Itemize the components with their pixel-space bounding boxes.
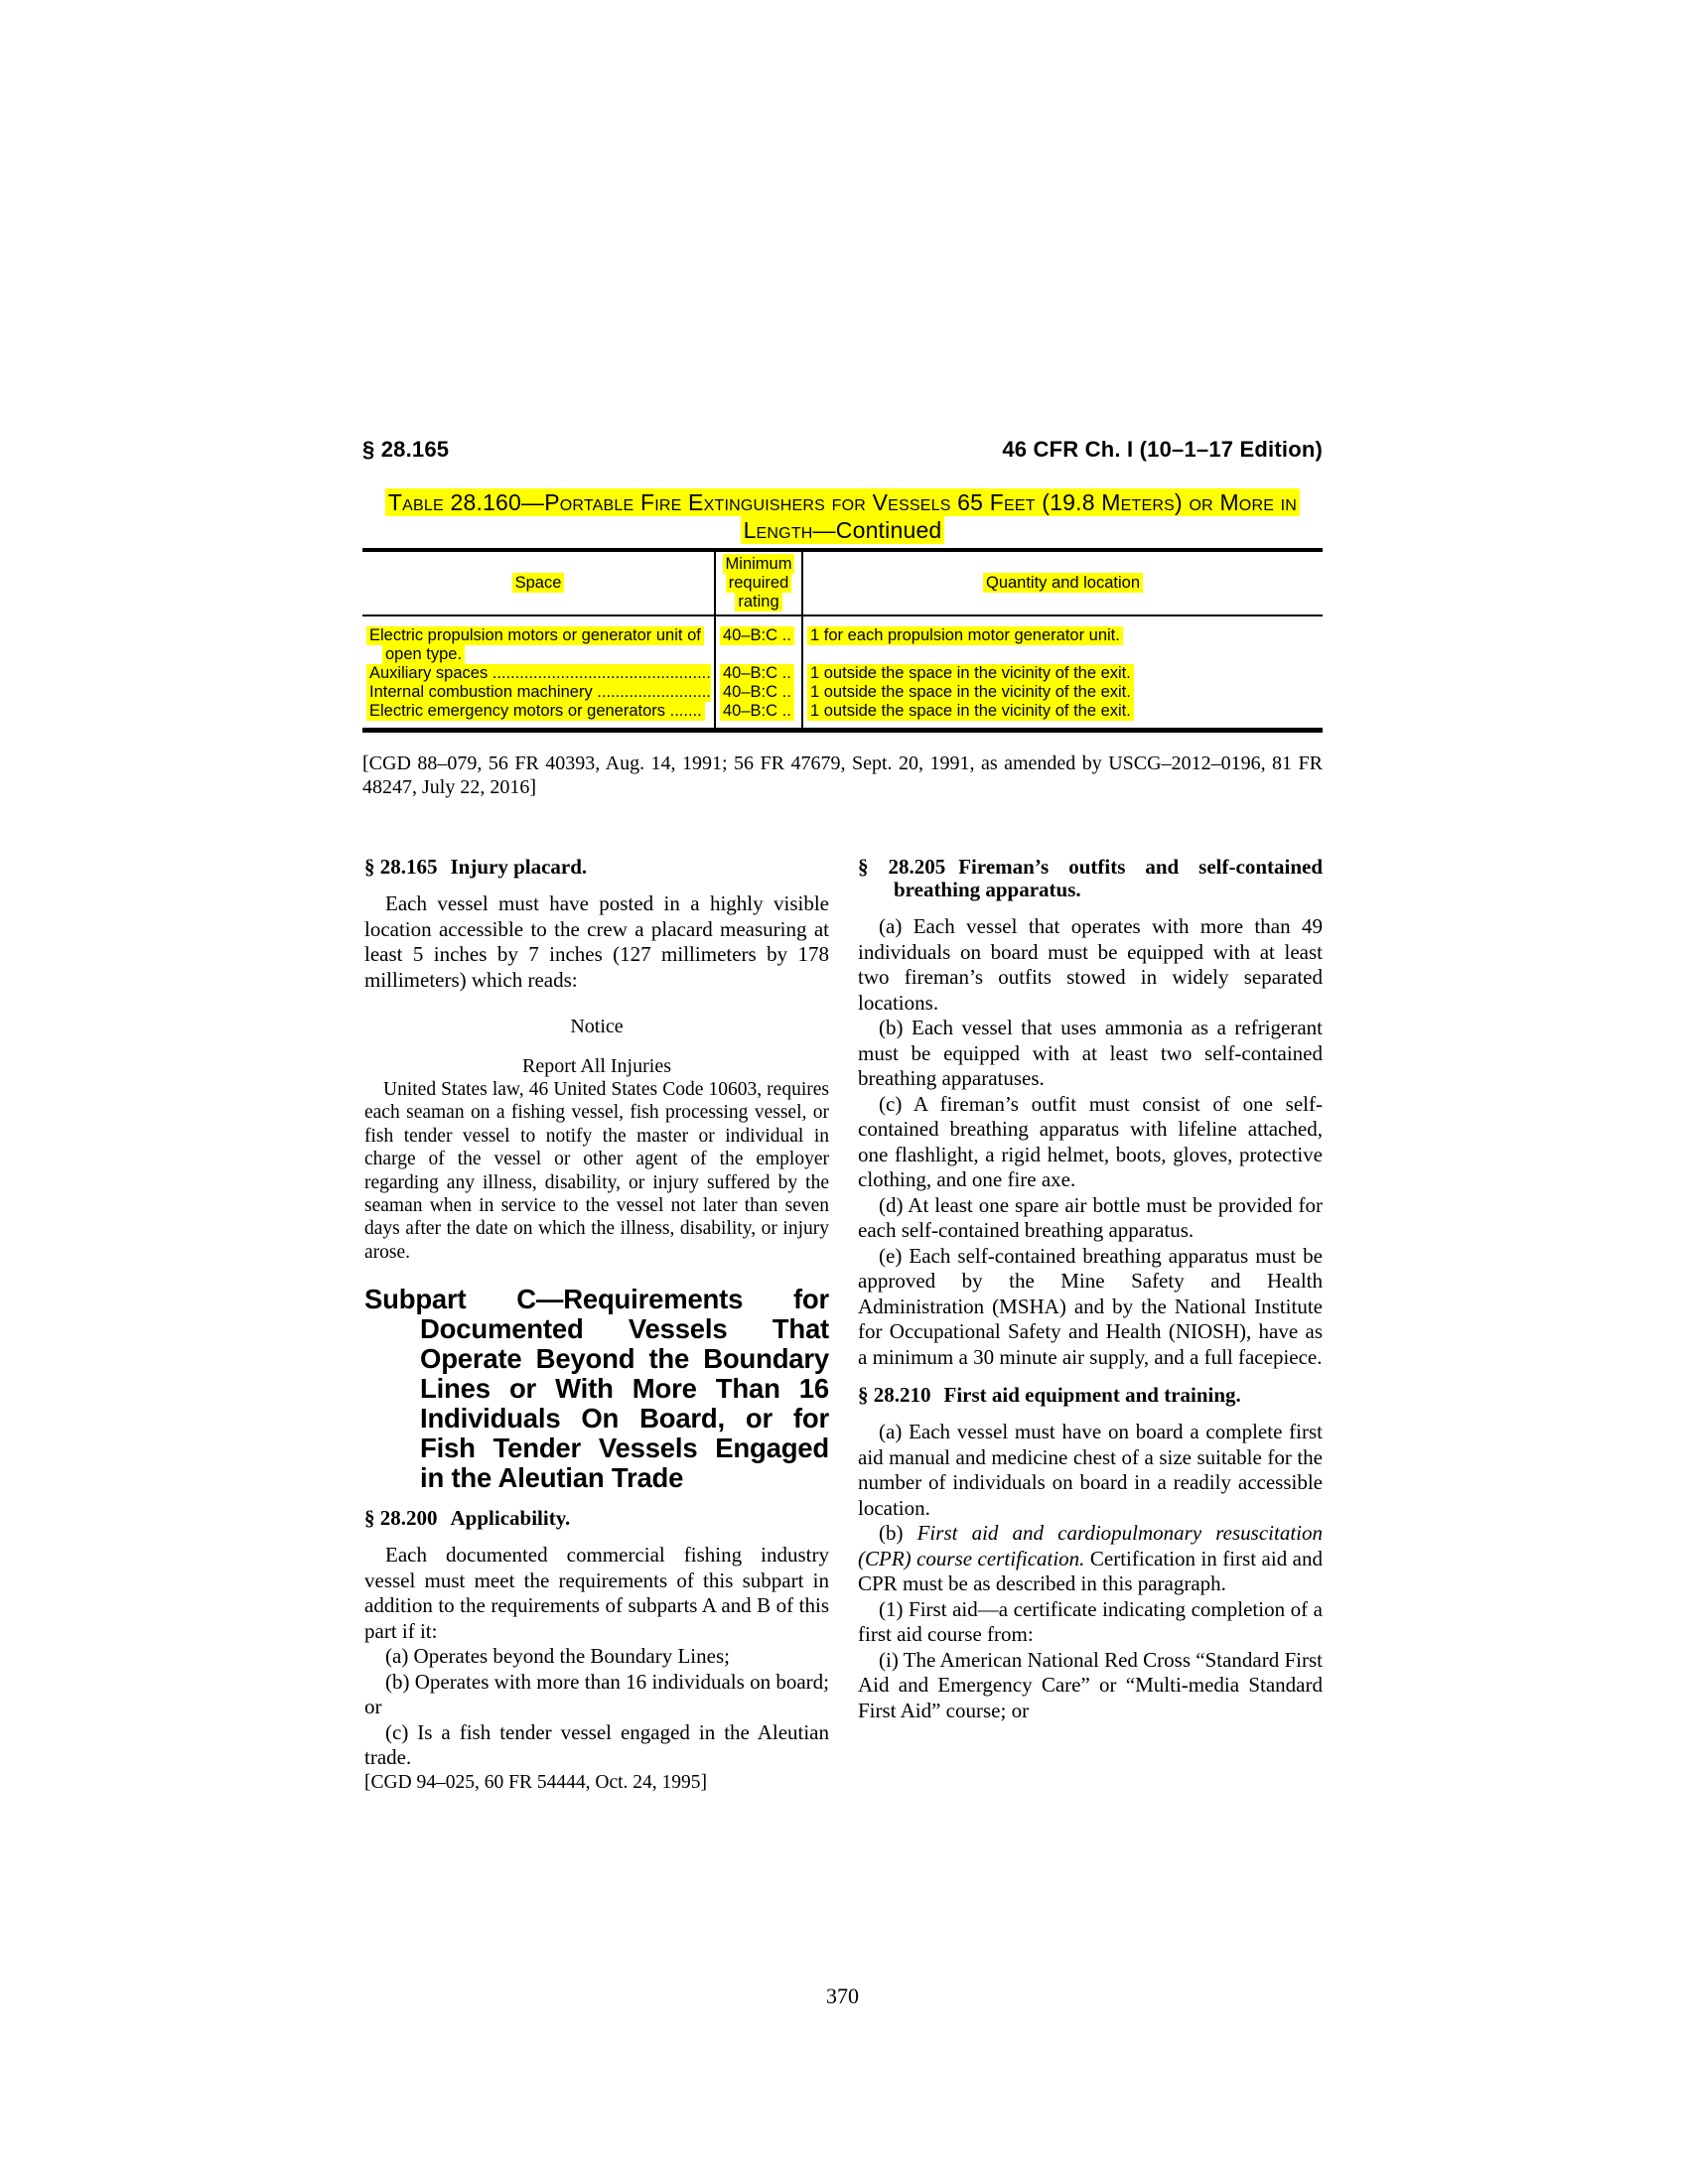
section-number: § 28.165 <box>364 855 438 879</box>
cell-space: Auxiliary spaces .......................… <box>362 664 715 683</box>
paragraph: Each vessel must have posted in a highly… <box>364 891 829 993</box>
paragraph-a: (a) Operates beyond the Boundary Lines; <box>364 1644 829 1670</box>
col-header-rating: Minimum required rating <box>715 550 802 615</box>
cell-rating: 40–B:C .. <box>715 702 802 731</box>
table-citation: [CGD 88–079, 56 FR 40393, Aug. 14, 1991;… <box>362 752 1323 799</box>
section-number: § 28.200 <box>364 1506 438 1530</box>
cell-space: Electric propulsion motors or generator … <box>362 615 715 664</box>
section-title: Injury placard. <box>451 855 588 879</box>
subpart-c-heading: Subpart C—Requirements for Documented Ve… <box>364 1285 829 1493</box>
cell-quantity: 1 for each propulsion motor generator un… <box>802 615 1323 664</box>
table-header-row: Space Minimum required rating Quantity a… <box>362 550 1323 615</box>
section-heading-28-205: § 28.205Fireman’s outfits and self-conta… <box>858 856 1323 901</box>
notice-subheading: Report All Injuries <box>364 1055 829 1078</box>
left-column: § 28.165Injury placard. Each vessel must… <box>364 856 829 1794</box>
notice-heading: Notice <box>364 1016 829 1038</box>
table-row: Electric emergency motors or generators … <box>362 702 1323 731</box>
section-number: § 28.205 <box>858 855 945 879</box>
cell-rating: 40–B:C .. <box>715 615 802 664</box>
running-head: § 28.165 46 CFR Ch. I (10–1–17 Edition) <box>362 437 1323 463</box>
paragraph-b: (b) First aid and cardiopulmonary resusc… <box>858 1521 1323 1597</box>
fire-extinguisher-table: Space Minimum required rating Quantity a… <box>362 548 1323 733</box>
section-heading-28-210: § 28.210First aid equipment and training… <box>858 1384 1323 1407</box>
cell-rating: 40–B:C .. <box>715 664 802 683</box>
notice-body: United States law, 46 United States Code… <box>364 1078 829 1264</box>
cell-space: Electric emergency motors or generators … <box>362 702 715 731</box>
paragraph-c: (c) Is a fish tender vessel engaged in t… <box>364 1720 829 1771</box>
section-citation: [CGD 94–025, 60 FR 54444, Oct. 24, 1995] <box>364 1771 829 1794</box>
running-head-edition: 46 CFR Ch. I (10–1–17 Edition) <box>1002 437 1323 463</box>
col-header-space: Space <box>362 550 715 615</box>
table-row: Auxiliary spaces .......................… <box>362 664 1323 683</box>
right-column: § 28.205Fireman’s outfits and self-conta… <box>858 856 1323 1723</box>
table-title: Table 28.160—Portable Fire Extinguishers… <box>362 488 1323 544</box>
table-title-line2: Length—Continued <box>362 516 1323 544</box>
table-row: Electric propulsion motors or generator … <box>362 615 1323 664</box>
paragraph-c: (c) A fireman’s outfit must consist of o… <box>858 1092 1323 1193</box>
paragraph-e: (e) Each self-contained breathing appara… <box>858 1244 1323 1371</box>
running-head-section: § 28.165 <box>362 437 449 463</box>
table-row: Internal combustion machinery ..........… <box>362 683 1323 702</box>
section-number: § 28.210 <box>858 1383 931 1407</box>
paragraph-b1: (1) First aid—a certificate indicating c… <box>858 1597 1323 1648</box>
cell-quantity: 1 outside the space in the vicinity of t… <box>802 664 1323 683</box>
section-title: Fireman’s outfits and self-contained bre… <box>894 855 1323 901</box>
paragraph-b: (b) Operates with more than 16 individua… <box>364 1670 829 1720</box>
paragraph-a: (a) Each vessel must have on board a com… <box>858 1420 1323 1521</box>
cfr-document-page: § 28.165 46 CFR Ch. I (10–1–17 Edition) … <box>0 0 1688 2184</box>
cell-space: Internal combustion machinery ..........… <box>362 683 715 702</box>
section-title: First aid equipment and training. <box>944 1383 1241 1407</box>
cell-quantity: 1 outside the space in the vicinity of t… <box>802 683 1323 702</box>
section-heading-28-165: § 28.165Injury placard. <box>364 856 829 879</box>
paragraph-a: (a) Each vessel that operates with more … <box>858 914 1323 1016</box>
section-heading-28-200: § 28.200Applicability. <box>364 1507 829 1530</box>
page-number: 370 <box>362 1983 1323 2009</box>
paragraph-b1-i: (i) The American National Red Cross “Sta… <box>858 1648 1323 1724</box>
paragraph-b: (b) Each vessel that uses ammonia as a r… <box>858 1016 1323 1092</box>
cell-rating: 40–B:C .. <box>715 683 802 702</box>
paragraph-d: (d) At least one spare air bottle must b… <box>858 1193 1323 1244</box>
table-title-line1: Table 28.160—Portable Fire Extinguishers… <box>362 488 1323 516</box>
col-header-quantity: Quantity and location <box>802 550 1323 615</box>
section-title: Applicability. <box>451 1506 571 1530</box>
cell-quantity: 1 outside the space in the vicinity of t… <box>802 702 1323 731</box>
paragraph-b-prefix: (b) <box>879 1521 917 1545</box>
paragraph: Each documented commercial fishing indus… <box>364 1543 829 1644</box>
